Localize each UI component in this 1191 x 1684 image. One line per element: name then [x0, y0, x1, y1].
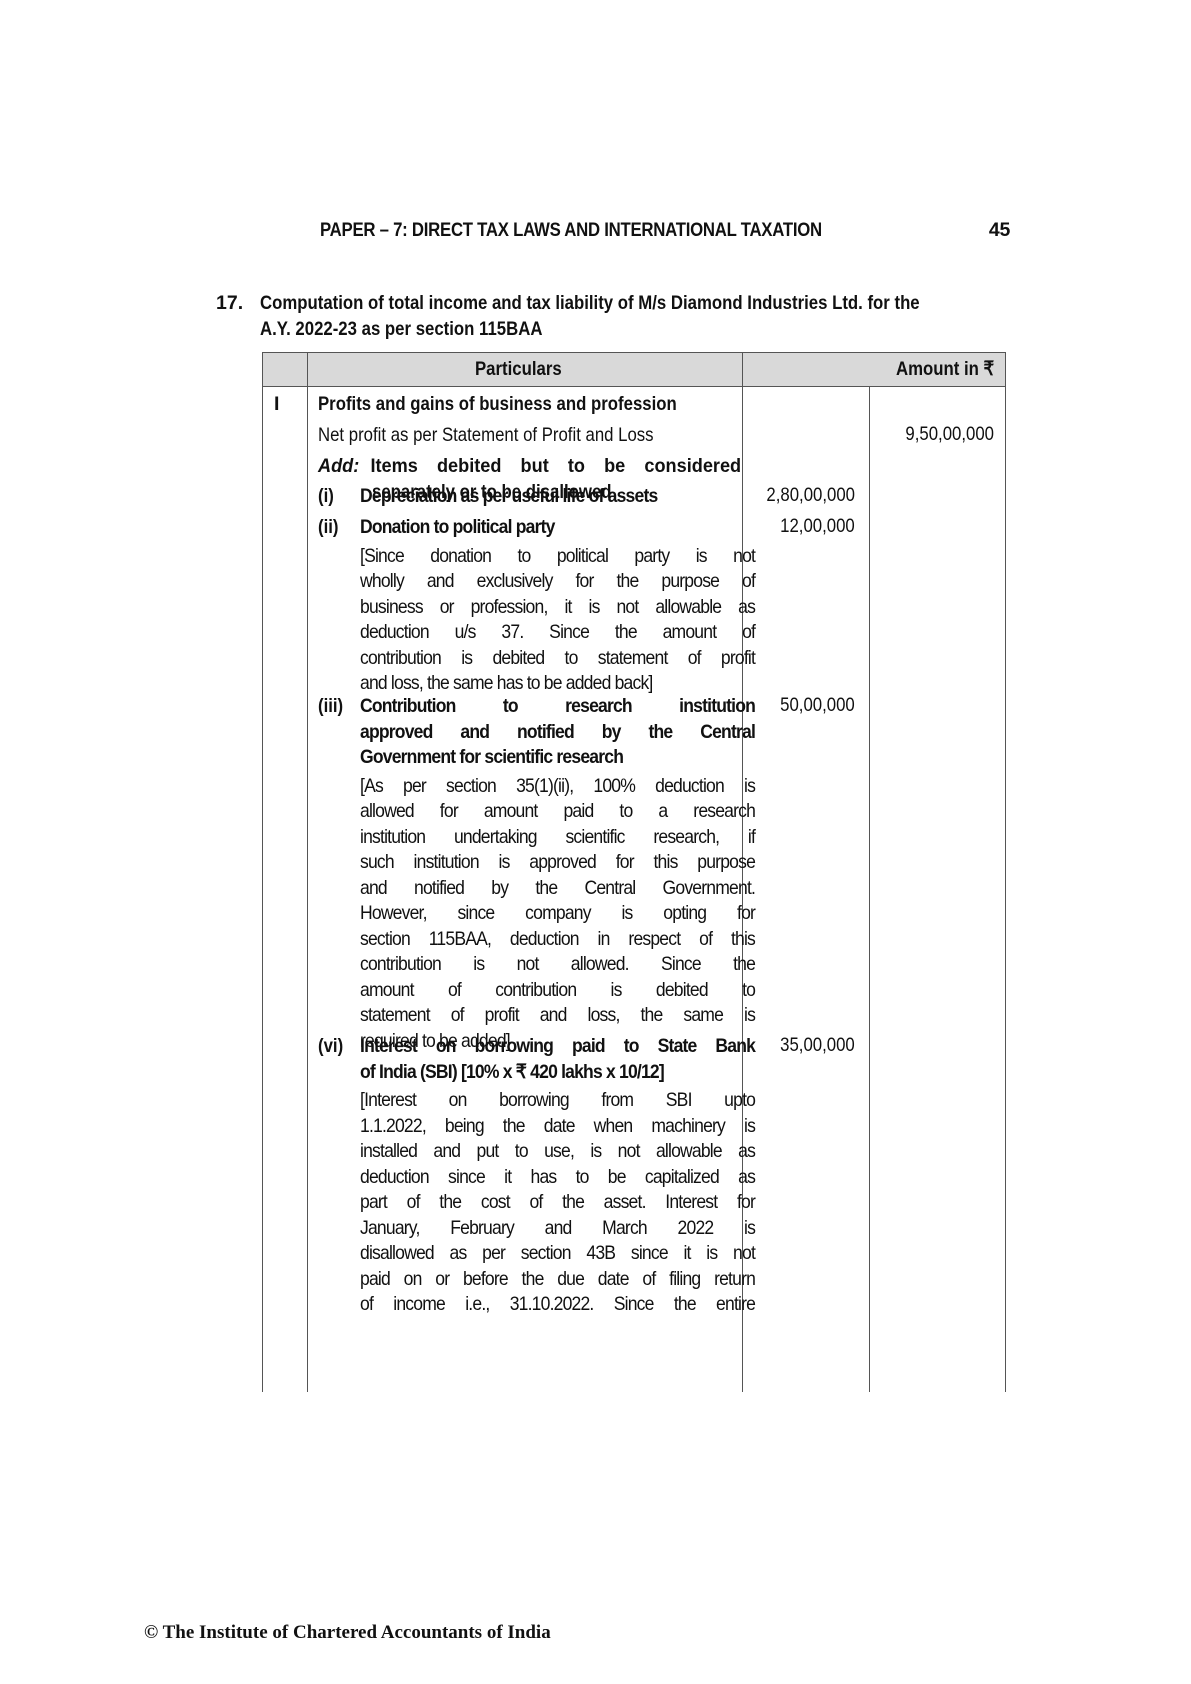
section-number: I: [274, 392, 279, 418]
page-number: 45: [989, 219, 1010, 242]
column-header-particulars: Particulars: [475, 357, 576, 383]
column-header-amount: Amount in ₹: [880, 357, 994, 383]
computation-table: Particulars Amount in ₹ I Profits and ga…: [262, 352, 1006, 1392]
question-title: Computation of total income and tax liab…: [260, 290, 982, 342]
net-profit-amount: 9,50,00,000: [891, 423, 994, 446]
item-number: (ii): [318, 515, 342, 541]
item-amount: 2,80,00,000: [752, 484, 855, 507]
item-number: (vi): [318, 1034, 347, 1060]
footer-copyright: © The Institute of Chartered Accountants…: [144, 1622, 551, 1644]
item-amount: 12,00,000: [768, 515, 855, 538]
net-profit-label: Net profit as per Statement of Profit an…: [318, 423, 708, 449]
paper-title: PAPER – 7: DIRECT TAX LAWS AND INTERNATI…: [320, 219, 822, 242]
item-amount: 50,00,000: [768, 694, 855, 717]
section-title: Profits and gains of business and profes…: [318, 392, 735, 418]
item-description: Depreciation as per useful life of asset…: [360, 484, 755, 510]
item-number: (i): [318, 484, 336, 510]
question-number: 17.: [216, 290, 243, 316]
item-number: (iii): [318, 694, 347, 720]
item-description: Donation to political party[Sincedonatio…: [360, 515, 755, 697]
item-amount: 35,00,000: [768, 1034, 855, 1057]
item-description: InterestonborrowingpaidtoStateBankof Ind…: [360, 1034, 755, 1318]
item-description: Contributiontoresearchinstitutionapprove…: [360, 694, 755, 1054]
